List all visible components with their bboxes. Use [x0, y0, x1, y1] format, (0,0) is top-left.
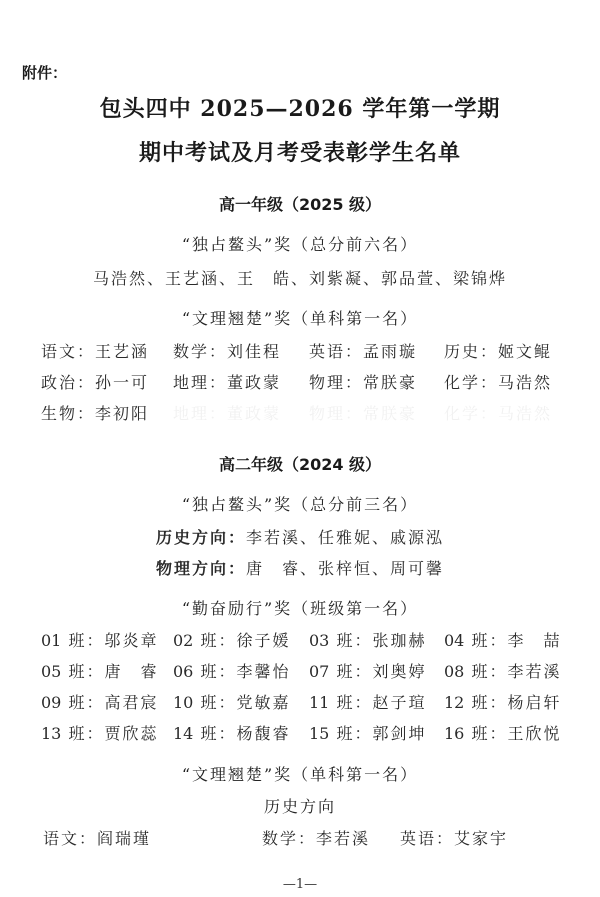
grade2-class-award-title: “勤奋励行”奖（班级第一名） [0, 596, 600, 619]
class-entry: 15 班：郭剑坤 [309, 721, 426, 744]
class-entry: 05 班：唐 睿 [41, 659, 158, 682]
class-entry: 12 班：杨启轩 [444, 690, 561, 713]
grade2-history-direction-line: 历史方向：李若溪、任雅妮、戚源泓 [0, 525, 600, 548]
grade1-top-award-title: “独占鳌头”奖（总分前六名） [0, 232, 600, 255]
ghost-text: 化学：马浩然 [444, 401, 552, 424]
subject-entry: 英语：艾家宇 [400, 826, 508, 849]
class-entry: 01 班：邬炎章 [41, 628, 158, 651]
subject-entry: 语文：王艺涵 [41, 339, 149, 362]
ghost-text: 物理：常朕豪 [309, 401, 417, 424]
class-entry: 03 班：张珈赫 [309, 628, 426, 651]
grade2-history-direction-heading: 历史方向 [0, 794, 600, 817]
class-entry: 16 班：王欣悦 [444, 721, 561, 744]
grade2-subject-award-title: “文理翘楚”奖（单科第一名） [0, 762, 600, 785]
subject-entry: 生物：李初阳 [41, 401, 149, 424]
class-entry: 10 班：党敏嘉 [173, 690, 290, 713]
subject-entry: 地理：董政蒙 [173, 370, 281, 393]
class-award-row: 01 班：邬炎章 02 班：徐子媛 03 班：张珈赫 04 班：李 喆 [41, 628, 561, 650]
physics-direction-names: 唐 睿、张梓恒、周可馨 [246, 559, 444, 578]
class-entry: 14 班：杨馥睿 [173, 721, 290, 744]
grade1-subject-award-title: “文理翘楚”奖（单科第一名） [0, 306, 600, 329]
subject-entry: 英语：孟雨璇 [309, 339, 417, 362]
class-entry: 04 班：李 喆 [444, 628, 561, 651]
subject-entry: 政治：孙一可 [41, 370, 149, 393]
class-award-row: 13 班：贾欣蕊 14 班：杨馥睿 15 班：郭剑坤 16 班：王欣悦 [41, 721, 561, 743]
subject-entry: 化学：马浩然 [444, 370, 552, 393]
subject-entry: 语文：阎瑞瑾 [43, 826, 151, 849]
document-title-line2: 期中考试及月考受表彰学生名单 [0, 136, 600, 167]
class-entry: 08 班：李若溪 [444, 659, 561, 682]
grade2-heading: 高二年级（2024 级） [0, 452, 600, 475]
class-entry: 06 班：李馨怡 [173, 659, 290, 682]
grade2-top-award-title: “独占鳌头”奖（总分前三名） [0, 492, 600, 515]
subject-entry: 历史：姬文鲲 [444, 339, 552, 362]
class-award-row: 09 班：高君宸 10 班：党敏嘉 11 班：赵子瑄 12 班：杨启轩 [41, 690, 561, 712]
grade1-heading: 高一年级（2025 级） [0, 192, 600, 215]
physics-direction-label: 物理方向： [156, 559, 246, 578]
grade2-physics-direction-line: 物理方向：唐 睿、张梓恒、周可馨 [0, 556, 600, 579]
ghost-text: 地理：董政蒙 [173, 401, 281, 424]
subject-entry: 物理：常朕豪 [309, 370, 417, 393]
subject-entry: 数学：李若溪 [262, 826, 370, 849]
class-entry: 02 班：徐子媛 [173, 628, 290, 651]
class-entry: 09 班：高君宸 [41, 690, 158, 713]
subject-entry: 数学：刘佳程 [173, 339, 281, 362]
grade1-subject-row: 政治：孙一可 地理：董政蒙 物理：常朕豪 化学：马浩然 [41, 370, 561, 392]
attachment-label: 附件： [22, 62, 67, 83]
class-entry: 13 班：贾欣蕊 [41, 721, 158, 744]
history-direction-names: 李若溪、任雅妮、戚源泓 [246, 528, 444, 547]
class-award-row: 05 班：唐 睿 06 班：李馨怡 07 班：刘奥婷 08 班：李若溪 [41, 659, 561, 681]
grade1-subject-row: 生物：李初阳 地理：董政蒙 物理：常朕豪 化学：马浩然 [41, 401, 561, 423]
page-number: —1— [0, 877, 600, 892]
grade2-subject-row: 语文：阎瑞瑾 数学：李若溪 英语：艾家宇 [41, 826, 561, 848]
history-direction-label: 历史方向： [156, 528, 246, 547]
class-entry: 11 班：赵子瑄 [309, 690, 426, 713]
document-title-line1: 包头四中 2025—2026 学年第一学期 [0, 92, 600, 123]
grade1-subject-row: 语文：王艺涵 数学：刘佳程 英语：孟雨璇 历史：姬文鲲 [41, 339, 561, 361]
grade1-top-award-names: 马浩然、王艺涵、王 皓、刘紫凝、郭品萱、梁锦烨 [0, 266, 600, 289]
class-entry: 07 班：刘奥婷 [309, 659, 426, 682]
